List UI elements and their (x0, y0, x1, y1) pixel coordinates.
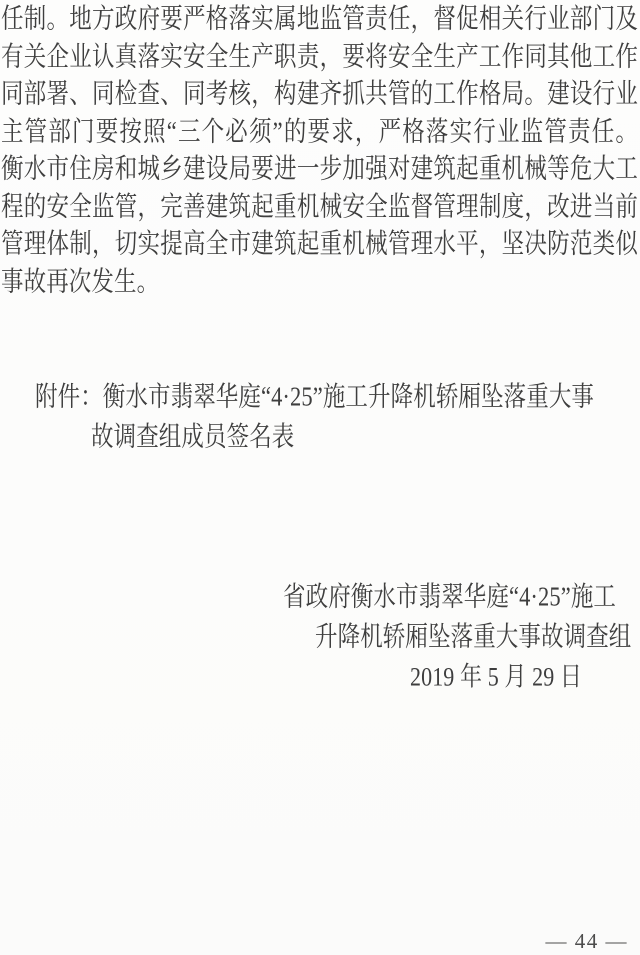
signature-block: 省政府衡水市翡翠华庭“4·25”施工 升降机轿厢坠落重大事故调查组 2019 年… (0, 577, 640, 697)
document-page: 任制。地方政府要严格落实属地监管责任，督促相关行业部门及 有关企业认真落实安全生… (0, 0, 640, 955)
attachment-note: 附件：衡水市翡翠华庭“4·25”施工升降机轿厢坠落重大事 故调查组成员签名表 (0, 377, 640, 457)
attachment-line: 故调查组成员签名表 (91, 413, 640, 462)
page-number: — 44 — (546, 931, 629, 952)
body-paragraph: 任制。地方政府要严格落实属地监管责任，督促相关行业部门及 有关企业认真落实安全生… (0, 0, 640, 300)
paragraph-line: 事故再次发生。 (1, 258, 638, 304)
signature-date: 2019 年 5 月 29 日 (410, 653, 640, 702)
